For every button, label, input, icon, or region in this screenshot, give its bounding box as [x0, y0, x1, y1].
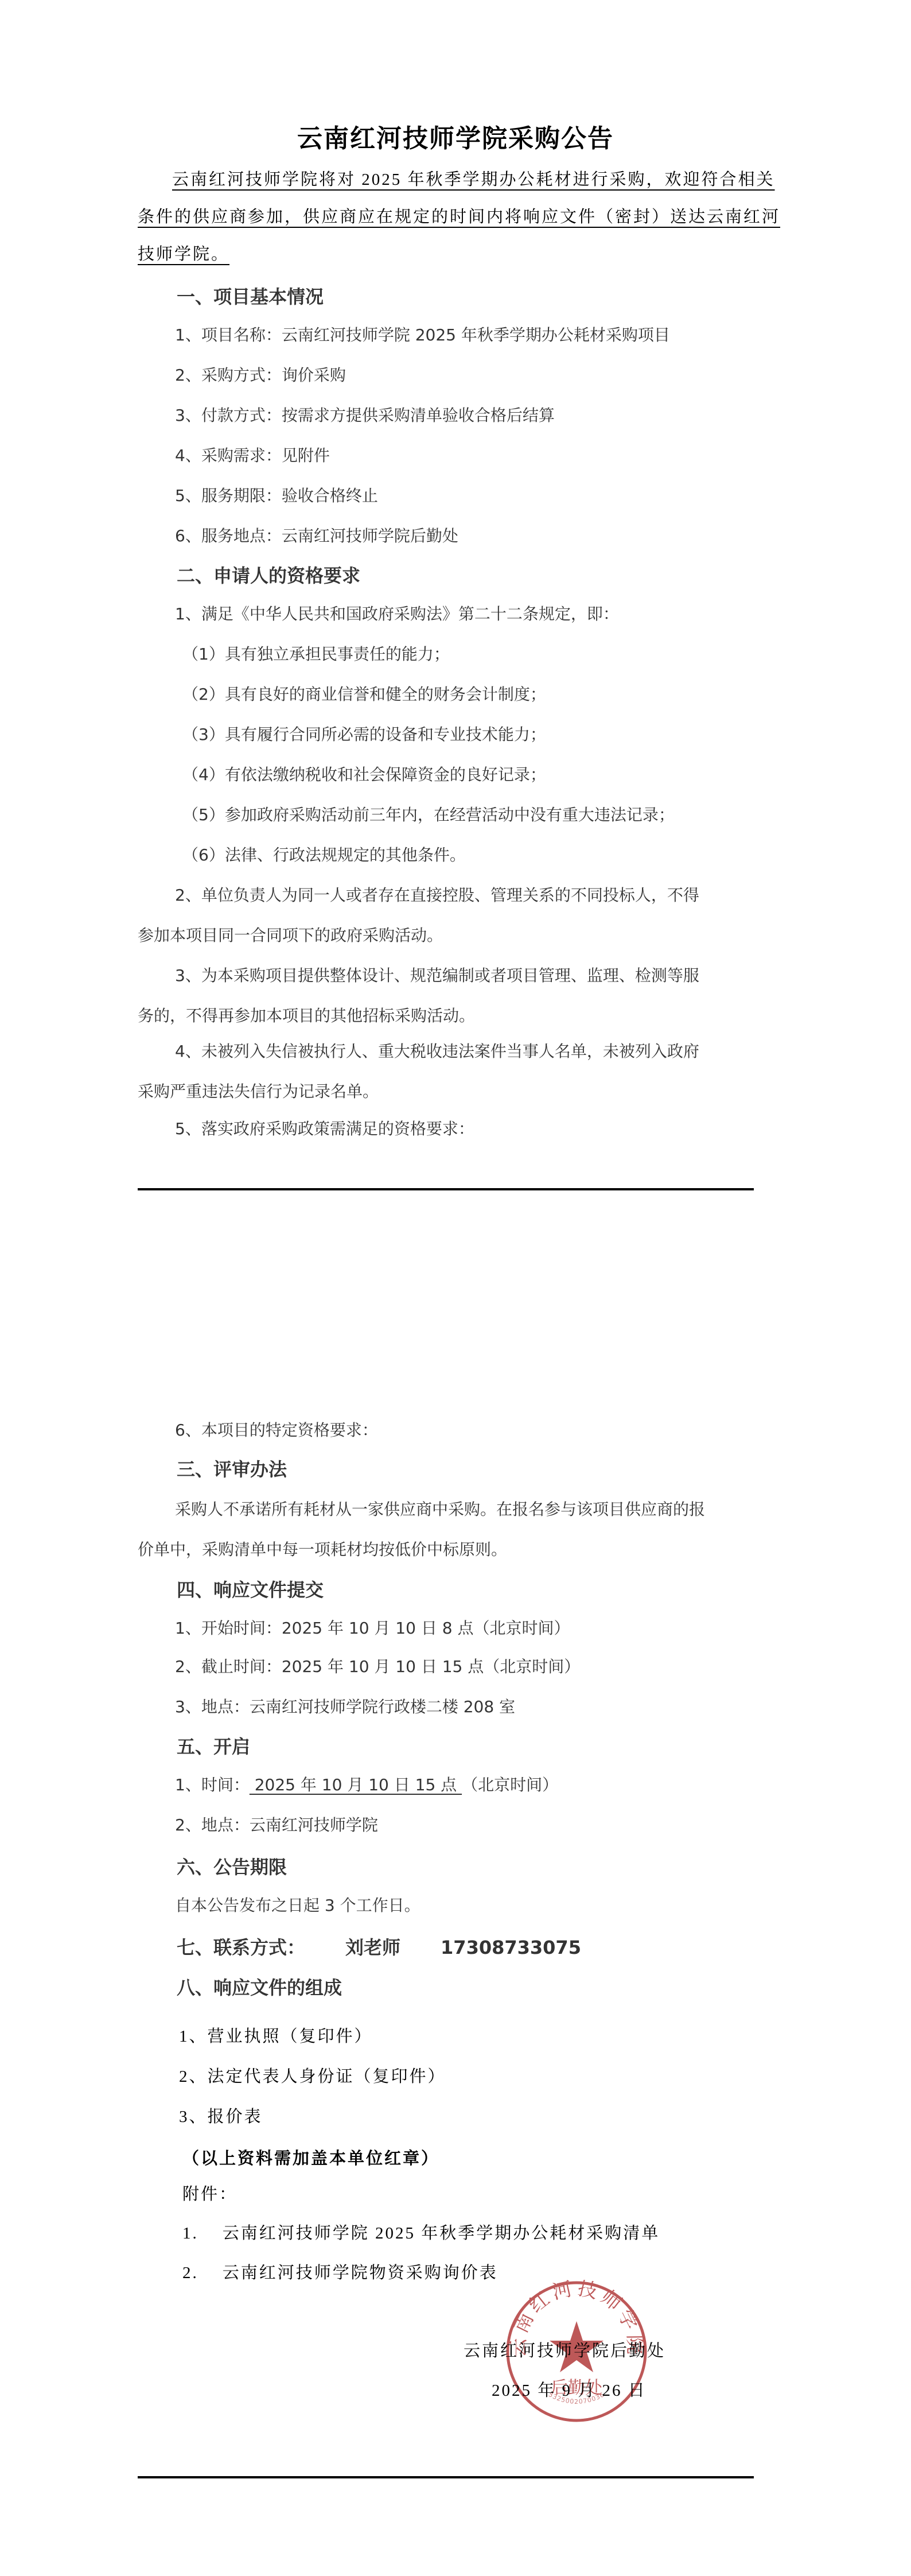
opening-time-suffix: （北京时间）	[462, 1775, 558, 1794]
list-item: 4、采购需求：见附件	[175, 443, 330, 466]
contact-name: 刘老师	[345, 1937, 400, 1958]
intro-line: 技师学院。	[138, 241, 229, 265]
sub-list-item: （1）具有独立承担民事责任的能力；	[182, 642, 450, 665]
attachments-label: 附件：	[182, 2181, 238, 2205]
list-item: 6、服务地点：云南红河技师学院后勤处	[175, 523, 458, 546]
section-heading: 四、响应文件提交	[177, 1576, 324, 1602]
opening-time-value: 2025 年 10 月 10 日 15 点	[250, 1775, 462, 1794]
list-item-continuation: 务的，不得再参加本项目的其他招标采购活动。	[138, 1003, 475, 1026]
section-heading: 八、响应文件的组成	[177, 1973, 342, 2000]
list-item: 5、落实政府采购政策需满足的资格要求：	[175, 1116, 474, 1139]
attachment-number: 1.	[182, 2224, 198, 2243]
sub-list-item: （6）法律、行政法规规定的其他条件。	[182, 843, 466, 866]
contact-phone: 17308733075	[441, 1937, 581, 1958]
attachment-title: 云南红河技师学院物资采购询价表	[223, 2264, 498, 2282]
sub-list-item: （4）有依法缴纳税收和社会保障资金的良好记录；	[182, 762, 546, 785]
section-heading: 三、评审办法	[177, 1455, 287, 1481]
signature-org: 云南红河技师学院后勤处	[464, 2338, 665, 2361]
document-title: 云南红河技师学院采购公告	[0, 118, 911, 154]
signature-date: 2025 年 9 月 26 日	[492, 2377, 647, 2401]
list-item-continuation: 采购严重违法失信行为记录名单。	[138, 1079, 379, 1102]
list-item-continuation: 参加本项目同一合同项下的政府采购活动。	[138, 923, 443, 946]
sub-list-item: （3）具有履行合同所必需的设备和专业技术能力；	[182, 722, 546, 745]
attachment-number: 2.	[182, 2264, 198, 2282]
list-item: 2、单位负责人为同一人或者存在直接控股、管理关系的不同投标人，不得	[175, 883, 699, 906]
list-item: 3、地点：云南红河技师学院行政楼二楼 208 室	[175, 1694, 515, 1717]
list-item: 2、地点：云南红河技师学院	[175, 1813, 378, 1836]
list-item: 3、为本采购项目提供整体设计、规范编制或者项目管理、监理、检测等服	[175, 963, 699, 986]
list-item: 3、报价表	[179, 2104, 263, 2127]
list-item: 2、采购方式：询价采购	[175, 363, 346, 386]
list-item: 5、服务期限：验收合格终止	[175, 483, 378, 506]
opening-time: 1、时间： 2025 年 10 月 10 日 15 点 （北京时间）	[175, 1772, 558, 1795]
document-page: 云南红河技师学院采购公告 云南红河技师学院将对 2025 年秋季学期办公耗材进行…	[0, 0, 911, 2576]
intro-line: 条件的供应商参加，供应商应在规定的时间内将响应文件（密封）送达云南红河	[138, 204, 780, 227]
stamp-note: （以上资料需加盖本单位红章）	[182, 2146, 439, 2169]
list-item: 1、项目名称：云南红河技师学院 2025 年秋季学期办公耗材采购项目	[175, 323, 670, 346]
paragraph-line: 采购人不承诺所有耗材从一家供应商中采购。在报名参与该项目供应商的报	[175, 1497, 705, 1520]
list-item: 3、付款方式：按需求方提供采购清单验收合格后结算	[175, 403, 555, 426]
section-heading: 一、项目基本情况	[177, 282, 324, 309]
sub-list-item: （2）具有良好的商业信誉和健全的财务会计制度；	[182, 682, 546, 705]
horizontal-rule	[138, 1188, 754, 1190]
section-heading: 五、开启	[177, 1732, 250, 1759]
list-item: 1、满足《中华人民共和国政府采购法》第二十二条规定，即：	[175, 602, 619, 624]
paragraph-line: 价单中，采购清单中每一项耗材均按低价中标原则。	[138, 1537, 507, 1560]
horizontal-rule	[138, 2476, 754, 2478]
notice-period-text: 自本公告发布之日起 3 个工作日。	[175, 1893, 421, 1916]
opening-time-label: 1、时间：	[175, 1775, 250, 1794]
list-item: 4、未被列入失信被执行人、重大税收违法案件当事人名单，未被列入政府	[175, 1039, 699, 1062]
attachment-item: 2.云南红河技师学院物资采购询价表	[182, 2260, 498, 2283]
sub-list-item: （5）参加政府采购活动前三年内，在经营活动中没有重大违法记录；	[182, 802, 675, 825]
attachment-item: 1.云南红河技师学院 2025 年秋季学期办公耗材采购清单	[182, 2220, 660, 2244]
contact-label: 七、联系方式：	[177, 1937, 305, 1958]
attachment-title: 云南红河技师学院 2025 年秋季学期办公耗材采购清单	[223, 2224, 660, 2243]
list-item: 2、法定代表人身份证（复印件）	[179, 2063, 446, 2087]
contact-heading: 七、联系方式：刘老师17308733075	[177, 1933, 581, 1960]
list-item: 2、截止时间：2025 年 10 月 10 日 15 点（北京时间）	[175, 1654, 580, 1677]
list-item: 1、开始时间：2025 年 10 月 10 日 8 点（北京时间）	[175, 1616, 570, 1639]
list-item: 1、营业执照（复印件）	[179, 2023, 373, 2047]
section-heading: 二、申请人的资格要求	[177, 561, 360, 588]
section-heading: 六、公告期限	[177, 1853, 287, 1879]
intro-line: 云南红河技师学院将对 2025 年秋季学期办公耗材进行采购，欢迎符合相关	[172, 166, 775, 190]
list-item: 6、本项目的特定资格要求：	[175, 1418, 378, 1441]
